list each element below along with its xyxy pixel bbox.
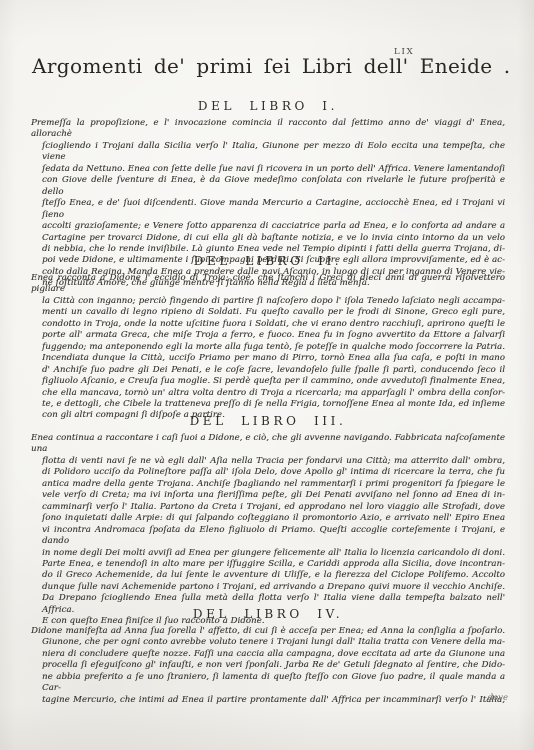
text-line: accolti grazioſamente; e Venere ſotto ap… [42,221,505,232]
text-line: Parte Enea, e tenendoſi in alto mare per… [42,559,505,570]
text-line: condotto in Troja, onde la notte uſcitin… [42,319,505,330]
text-line: ne abbia preferito a ſe uno ſtraniero, ſ… [42,672,505,695]
section-del-libro-4: DEL LIBRO IV.Didone manifeſta ad Anna ſu… [31,607,505,706]
text-line: Didone manifeſta ad Anna ſua ſorella l' … [31,626,505,637]
text-line: figliuolo Aſcanio, e Creuſa ſua moglie. … [42,376,505,387]
section-del-libro-2: DEL LIBRO II.Enea racconta a Didone l' e… [31,254,505,422]
text-line: tagine Mercurio, che intimi ad Enea il p… [42,695,505,706]
text-line: Premeſſa la propoſizione, e l' invocazio… [31,118,505,141]
text-line: ſedata da Nettuno. Enea con ſette delle … [42,164,505,175]
text-line: niera di concludere queſte nozze. Faſſi … [42,649,505,660]
section-paragraph: Didone manifeſta ad Anna ſua ſorella l' … [31,626,505,706]
section-paragraph: Enea racconta a Didone l' eccidio di Tro… [31,273,505,422]
text-line: vi incontra Andromaca ſpoſata da Eleno f… [42,525,505,548]
text-line: antica madre della gente Trojana. Anchiſ… [42,479,505,490]
text-line: flotta di venti navi ſe ne và egli dall'… [42,456,505,467]
argomenti-text: DEL LIBRO I.Premeſſa la propoſizione, e … [31,0,505,750]
text-line: in nome degli Dei molti avviſi ad Enea p… [42,548,505,559]
text-line: porte all' armata Greca, che miſe Troja … [42,330,505,341]
text-line: ſteſſo Enea, e de' ſuoi diſcendenti. Gio… [42,198,505,221]
text-line: camminarſi verſo l' Italia. Partono da C… [42,502,505,513]
text-line: vele verſo di Creta; ma ivi inſorta una … [42,490,505,501]
section-heading: DEL LIBRO IV. [31,607,505,621]
section-heading: DEL LIBRO III. [31,414,505,428]
text-line: Giunone, che per ogni conto avrebbe volu… [42,637,505,648]
text-line: Cartagine per trovarci Didone, di cui el… [42,233,505,244]
text-line: menti un cavallo di legno ripieno di Sol… [42,307,505,318]
text-line: fuggendo; ma anteponendo egli la morte a… [42,342,505,353]
text-line: dunque ſulle navi Achemenide partono i T… [42,582,505,593]
section-heading: DEL LIBRO II. [31,254,505,268]
text-line: che ella mancava, tornò un' altra volta … [42,388,505,399]
text-line: ſciogliendo i Trojani dalla Sicilia verſ… [42,141,505,164]
text-line: te, e dettogli, che Cibele la tratteneva… [42,399,505,410]
text-line: la Città con inganno; perciò fingendo di… [42,296,505,307]
text-line: Enea racconta a Didone l' eccidio di Tro… [31,273,505,296]
text-line: do il Greco Achemenide, da lui ſente le … [42,570,505,581]
text-line: ſono inquietati dalle Arpie: di qui ſalp… [42,513,505,524]
section-del-libro-3: DEL LIBRO III.Enea continua a raccontare… [31,414,505,628]
text-line: Incendiata dunque la Città, ucciſo Priam… [42,353,505,364]
book-page: LIX Argomenti de' primi ſei Libri dell' … [0,0,534,750]
text-line: Enea continua a raccontare i caſi ſuoi a… [31,433,505,456]
text-line: procella ſi eſeguiſcono gl' infauſti, e … [42,660,505,671]
section-heading: DEL LIBRO I. [31,99,505,113]
text-line: con Giove delle ſventure di Enea, è da G… [42,175,505,198]
section-paragraph: Enea continua a raccontare i caſi ſuoi a… [31,433,505,628]
text-line: d' Anchiſe ſuo padre gli Dei Penati, e l… [42,365,505,376]
catchword: dove [488,693,508,703]
text-line: di Polidoro ucciſo da Polineſtore paſſa … [42,467,505,478]
